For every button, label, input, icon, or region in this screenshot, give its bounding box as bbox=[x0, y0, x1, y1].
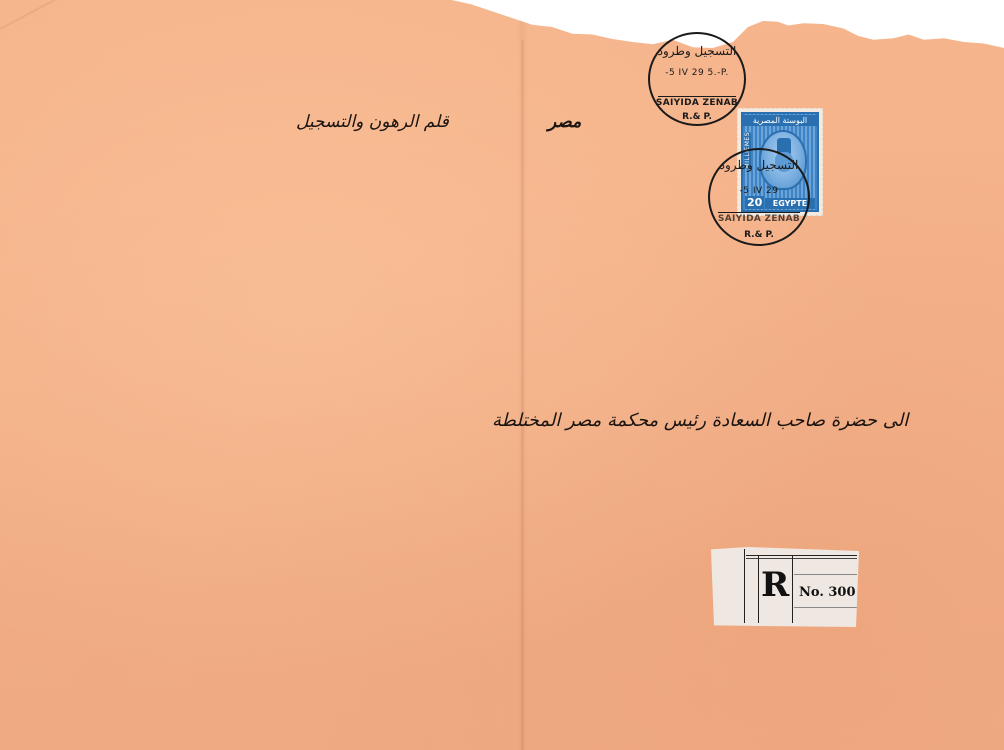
label-rule bbox=[746, 555, 857, 556]
postmark-code: R.& P. bbox=[710, 230, 808, 240]
label-rule bbox=[744, 549, 745, 623]
label-rule bbox=[746, 558, 857, 559]
postmark-code: R.& P. bbox=[650, 112, 744, 122]
label-rule bbox=[758, 555, 759, 623]
label-rule bbox=[794, 607, 857, 608]
label-rule bbox=[792, 555, 793, 623]
addressee-line: الى حضرة صاحب السعادة رئيس محكمة مصر الم… bbox=[492, 410, 908, 431]
postmark-office: SAIYIDA ZENAB bbox=[650, 98, 744, 108]
postmark-date: -5 IV 29 bbox=[710, 186, 808, 196]
envelope bbox=[0, 0, 1004, 750]
postmark-divider bbox=[658, 96, 737, 97]
label-rule bbox=[794, 574, 857, 575]
postmark-arabic-text: التسجيل وطرود bbox=[710, 158, 808, 172]
postmark-on-stamp: التسجيل وطرود -5 IV 29 SAIYIDA ZENAB R.&… bbox=[708, 148, 810, 246]
sender-city: مصر bbox=[548, 112, 581, 132]
postmark-divider bbox=[718, 212, 800, 213]
postmark-office: SAIYIDA ZENAB bbox=[710, 214, 808, 224]
postmark-arabic-text: التسجيل وطرود bbox=[650, 44, 744, 58]
postmark-date: -5 IV 29 5.-P. bbox=[650, 68, 744, 78]
postmark-top: التسجيل وطرود -5 IV 29 5.-P. SAIYIDA ZEN… bbox=[648, 32, 746, 126]
registration-label: R No. 300 bbox=[711, 547, 859, 627]
registration-number: No. 300 bbox=[799, 585, 856, 600]
fold-crease bbox=[521, 40, 524, 750]
scan-canvas: مصر قلم الرهون والتسجيل التسجيل وطرود -5… bbox=[0, 0, 1004, 750]
stamp-arabic-header: البوستة المصرية bbox=[743, 115, 817, 126]
corner-crease bbox=[0, 0, 62, 30]
sender-department: قلم الرهون والتسجيل bbox=[296, 112, 449, 132]
registered-letter-mark: R bbox=[761, 567, 789, 603]
